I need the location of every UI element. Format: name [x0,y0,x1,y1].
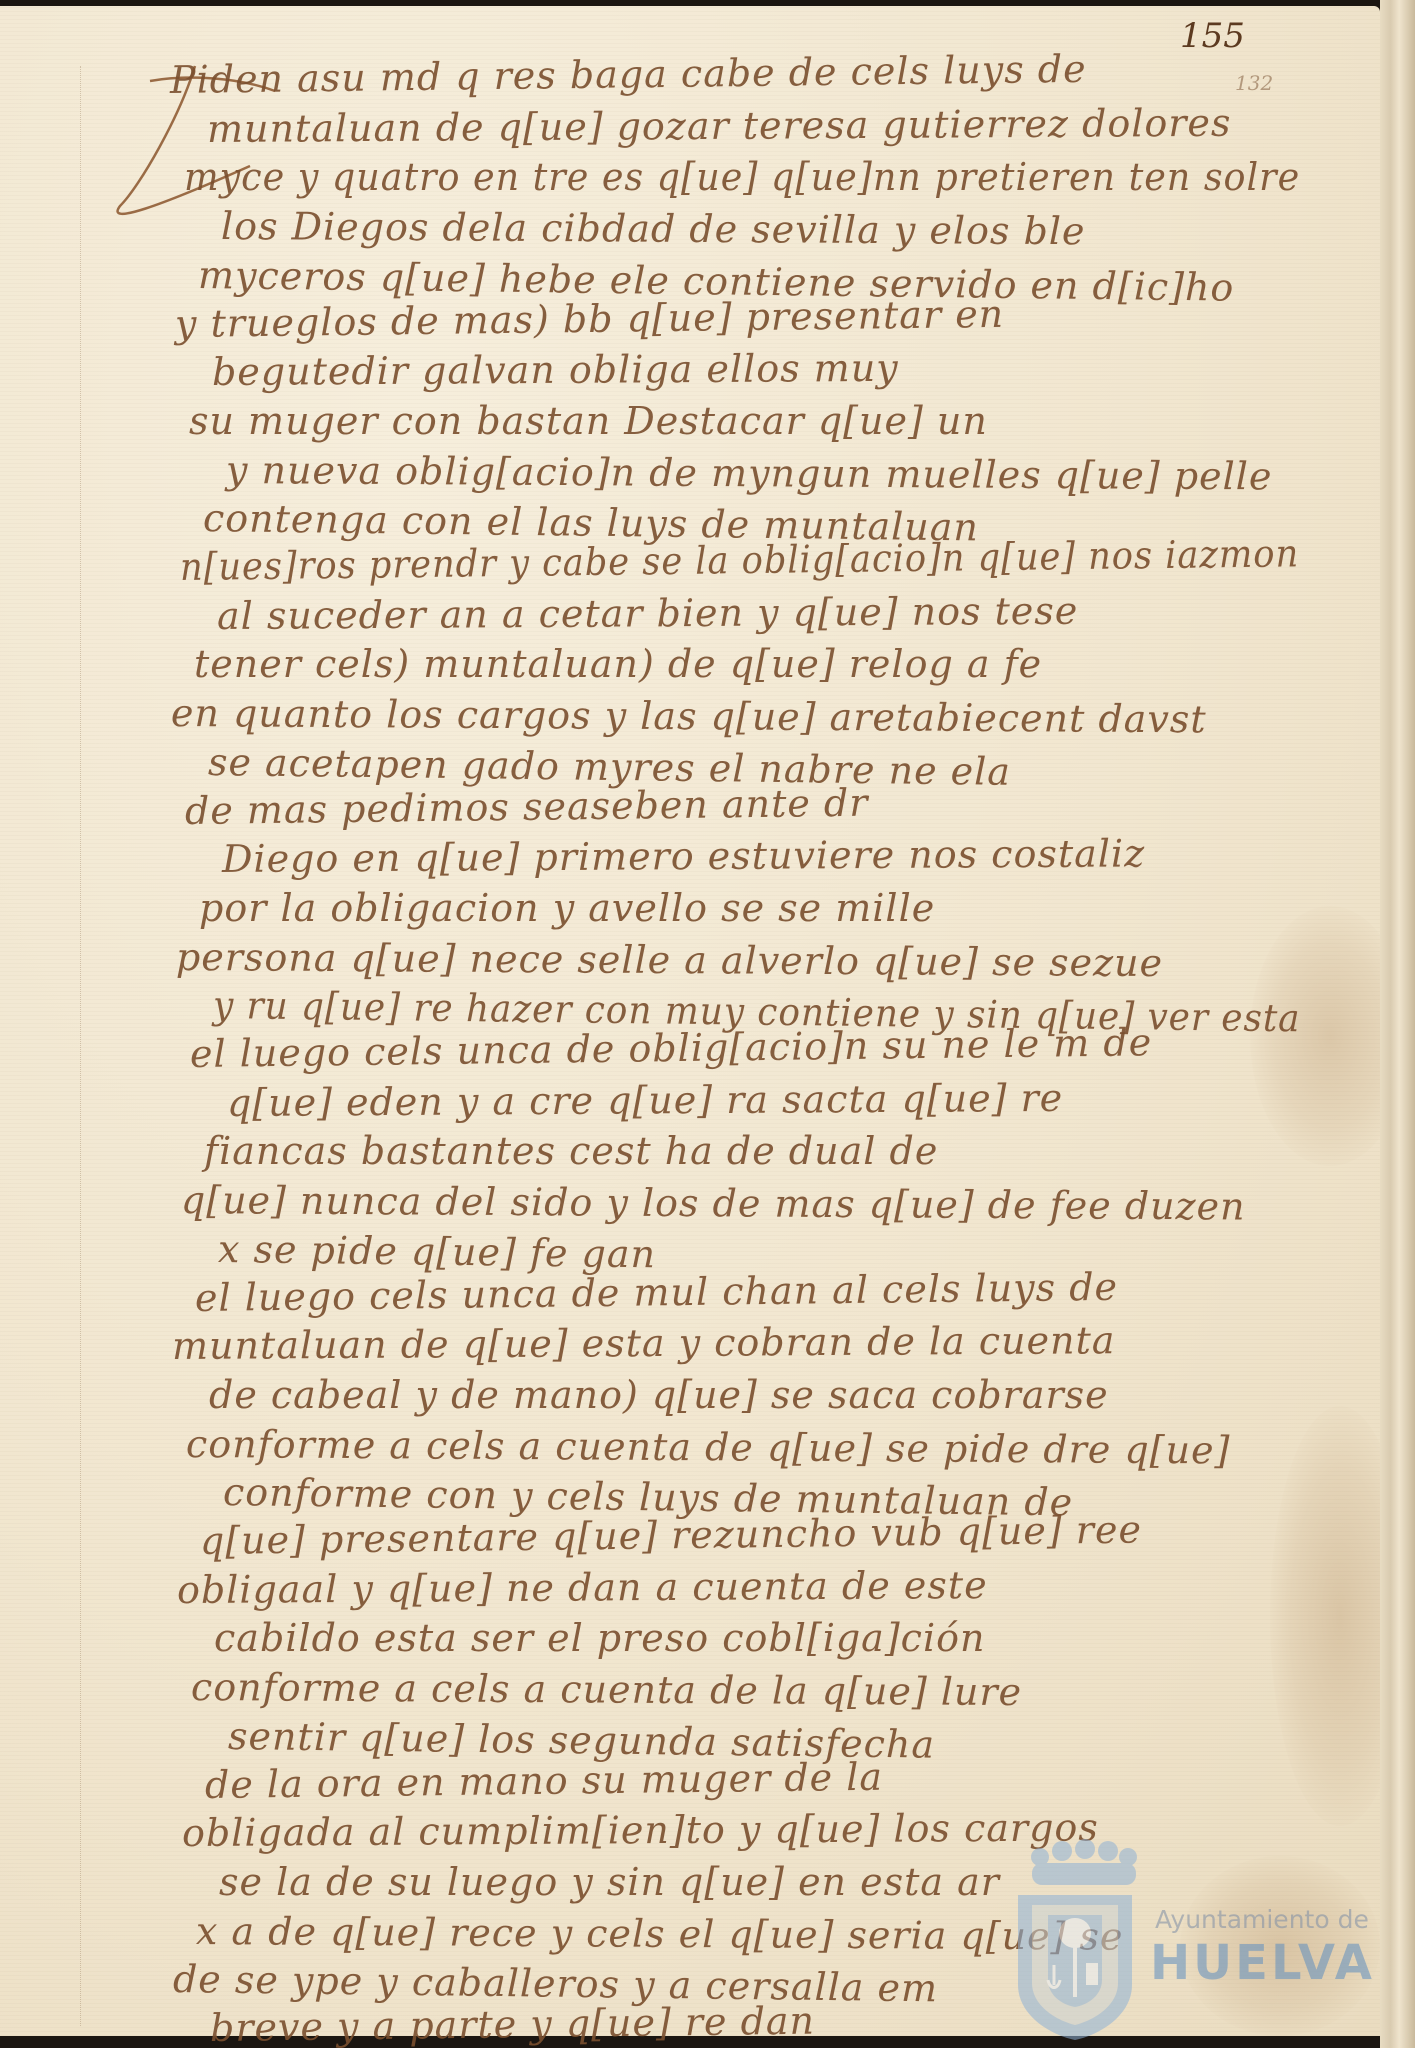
margin-rule [80,66,82,2026]
manuscript-page: 155 132 Piden asu md q res baga cabe de … [0,6,1380,2036]
manuscript-line: conforme a cels a cuenta de q[ue] se pid… [186,1422,1231,1472]
manuscript-line: al suceder an a cetar bien y q[ue] nos t… [217,588,1079,637]
manuscript-line: el luego cels unca de mul chan al cels l… [195,1264,1119,1319]
coat-of-arms-icon [1010,1835,1140,2040]
manuscript-line: myce y quatro en tre es q[ue] q[ue]nn pr… [184,155,1300,199]
manuscript-line: se la de su luego y sin q[ue] en esta ar [219,1860,1000,1904]
manuscript-line: Diego en q[ue] primero estuviere nos cos… [222,832,1145,882]
manuscript-line: su muger con bastan Destacar q[ue] un [189,399,988,443]
page-edge [1380,0,1415,2048]
manuscript-line: obligada al cumplim[ien]to y q[ue] los c… [182,1806,1099,1856]
manuscript-line: y nueva oblig[acio]n de myngun muelles q… [226,448,1273,498]
manuscript-line: de cabeal y de mano) q[ue] se saca cobra… [209,1373,1109,1417]
manuscript-line: persona q[ue] nece selle a alverlo q[ue]… [176,935,1163,985]
manuscript-line: de mas pedimos seaseben ante dr [185,780,869,832]
manuscript-line: muntaluan de q[ue] esta y cobran de la c… [172,1318,1116,1368]
manuscript-line: en quanto los cargos y las q[ue] aretabi… [171,691,1207,741]
huelva-watermark: Ayuntamiento de HUELVA [1010,1835,1370,2045]
manuscript-line: breve y a parte y q[ue] re dan [210,1999,816,2048]
manuscript-line: fiancas bastantes cest ha de dual de [204,1129,938,1173]
manuscript-line: de la ora en mano su muger de la [205,1754,884,1806]
manuscript-line: cabildo esta ser el preso cobl[iga]ción [214,1616,985,1660]
manuscript-line: por la obligacion y avello se se mille [199,886,935,930]
manuscript-line: y trueglos de mas) bb q[ue] presentar en [175,291,1005,345]
manuscript-line: x se pide q[ue] fe gan [218,1227,657,1276]
manuscript-line: x a de q[ue] rece y cels el q[ue] seria … [196,1909,1124,1959]
manuscript-line: conforme a cels a cuenta de la q[ue] lur… [191,1665,1022,1714]
watermark-line-2: HUELVA [1150,1935,1375,1991]
watermark-line-1: Ayuntamiento de [1155,1905,1369,1934]
manuscript-line: los Diegos dela cibdad de sevilla y elos… [221,204,1086,253]
manuscript-line: obligaal y q[ue] ne dan a cuenta de este [177,1563,988,1612]
folio-annotation: 132 [1235,71,1273,95]
manuscript-line: muntaluan de q[ue] gozar teresa gutierre… [207,100,1232,150]
manuscript-line: q[ue] eden y a cre q[ue] ra sacta q[ue] … [227,1076,1063,1125]
manuscript-line: begutedir galvan obliga ellos muy [212,346,899,394]
manuscript-line: q[ue] presentare q[ue] rezuncho vub q[ue… [200,1507,1142,1563]
manuscript-line: q[ue] nunca del sido y los de mas q[ue] … [181,1178,1246,1229]
manuscript-line: tener cels) muntaluan) de q[ue] relog a … [194,642,1042,686]
manuscript-line: el luego cels unca de oblig[acio]n su ne… [190,1020,1153,1076]
folio-number: 155 [1180,16,1245,56]
